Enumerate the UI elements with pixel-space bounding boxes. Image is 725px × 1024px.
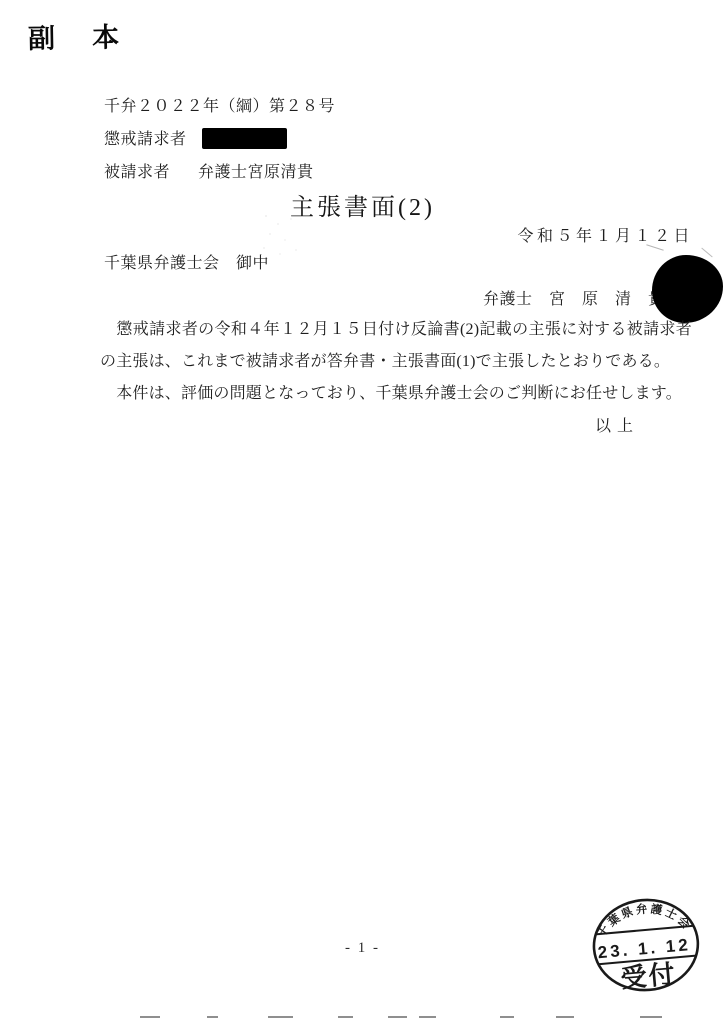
scan-artifact-cutoff-text [207,1016,218,1018]
document-date: 令和５年１月１２日 [517,223,693,246]
document-title: 主張書面(2) [0,187,725,222]
scan-artifact-line [701,248,712,258]
respondent-row: 被請求者弁護士宮原清貴 [104,159,314,182]
signature-line: 弁護士 宮 原 清 貴 [483,286,665,309]
stamp-organization-text: 千葉県弁護士会 [592,898,695,941]
closing-mark: 以上 [595,413,639,436]
scan-noise-speckle [258,210,304,260]
scan-artifact-cutoff-text [140,1016,160,1018]
receipt-stamp: 千葉県弁護士会 23. 1. 12 受付 [585,891,707,1001]
body-paragraph-2: 本件は、評価の問題となっており、千葉県弁護士会のご判断にお任せします。 [100,378,692,410]
scan-artifact-cutoff-text [500,1016,514,1018]
copy-mark-stamp: 副 本 [28,15,125,56]
respondent-name: 弁護士宮原清貴 [198,164,314,181]
body-paragraph-1: 懲戒請求者の令和４年１２月１５日付け反論書(2)記載の主張に対する被請求者の主張… [100,314,692,378]
scan-artifact-cutoff-text [338,1016,353,1018]
respondent-label: 被請求者 [104,164,170,181]
scanned-document-page: 副 本 千弁２０２２年（綱）第２８号 懲戒請求者 被請求者弁護士宮原清貴 主張書… [0,0,725,1024]
scan-artifact-cutoff-text [640,1016,662,1018]
claimant-row: 懲戒請求者 [104,126,287,149]
scan-artifact-cutoff-text [556,1016,574,1018]
stamp-receipt-label: 受付 [619,959,677,993]
scan-artifact-cutoff-text [419,1016,436,1018]
case-number: 千弁２０２２年（綱）第２８号 [104,93,335,116]
claimant-label: 懲戒請求者 [104,131,187,148]
scan-artifact-cutoff-text [268,1016,293,1018]
redacted-seal-blob [652,255,723,323]
redacted-name-bar [202,128,287,149]
scan-artifact-cutoff-text [388,1016,407,1018]
addressee-line: 千葉県弁護士会 御中 [104,250,269,273]
